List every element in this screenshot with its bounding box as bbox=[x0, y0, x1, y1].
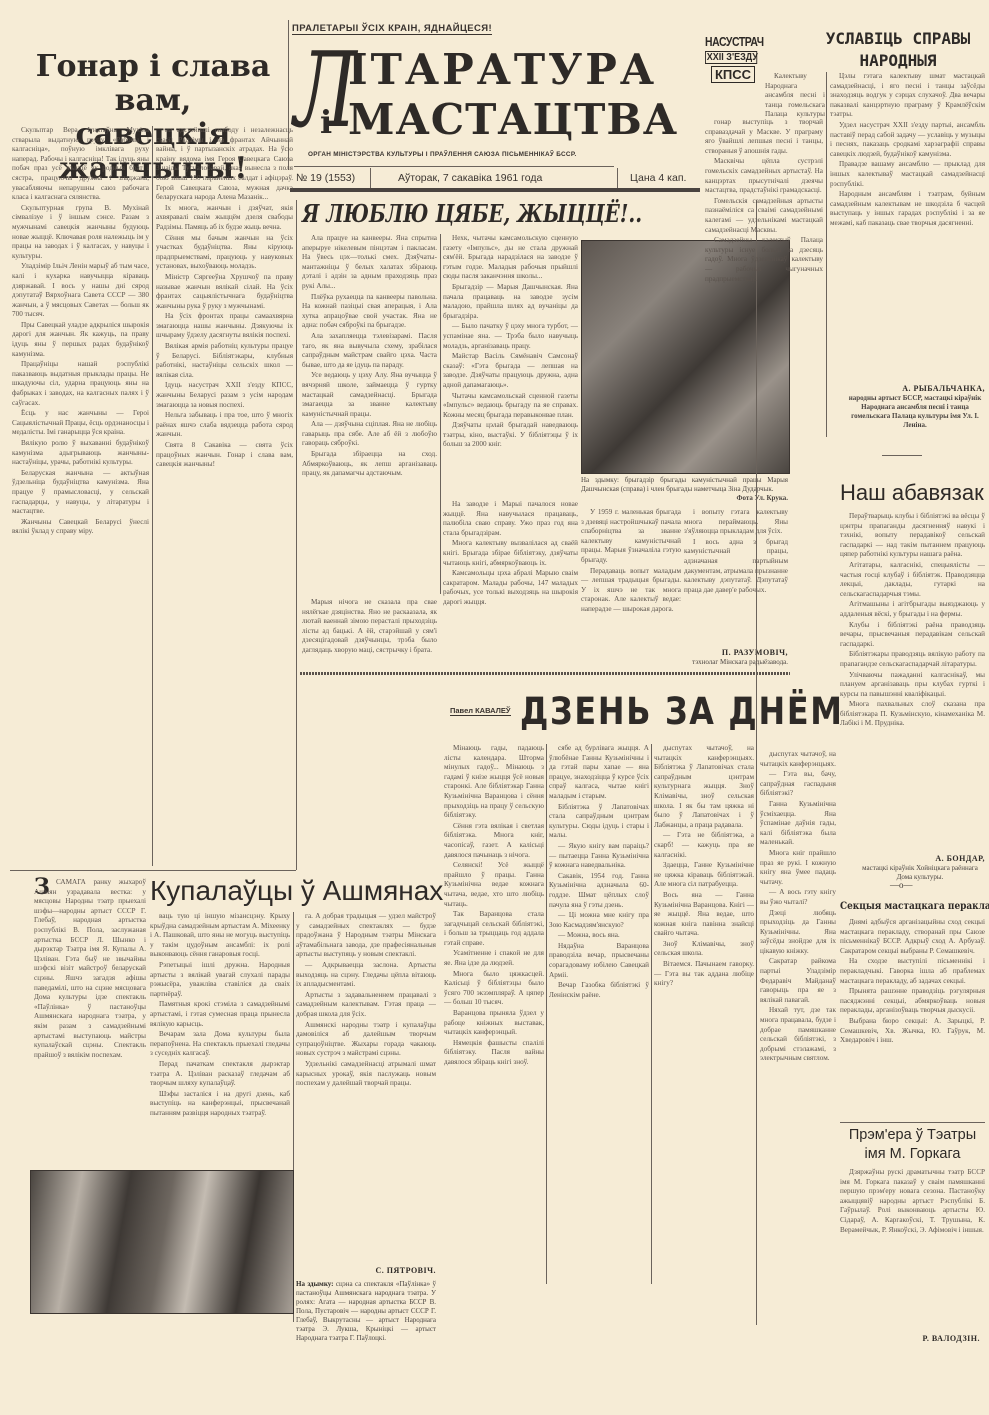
kupalaucy-photo-caption: На здымку: сцэна са спектакля «Паўлінка»… bbox=[296, 1280, 436, 1343]
ya-lyublyu-col5: На заводзе і Марыі пачалося новае жыццё.… bbox=[443, 500, 578, 668]
dzen-col1: Мінаюць гады, падаюць лісты календара. Ш… bbox=[444, 744, 544, 1284]
badge-nasustrach: НАСУСТРАЧ XXII З'ЕЗДУ КПСС bbox=[705, 34, 763, 84]
divider-ornament: —o— bbox=[890, 880, 913, 890]
ya-lyublyu-signature: П. РАЗУМОВІЧ, bbox=[684, 648, 788, 657]
abavyazak-signature: А. БОНДАР, bbox=[840, 854, 985, 863]
headline-sekcyya: Секцыя мастацкага перакладу bbox=[840, 900, 989, 912]
headline-uslavic: УСЛАВІЦЬ СПРАВЫ НАРОДНЫЯ bbox=[808, 28, 988, 72]
premyera-signature: Р. ВАЛОДЗІН. bbox=[840, 1334, 980, 1343]
abavyazak-text: Пераўтварыць клубы і бібліятэкі ва вёсцы… bbox=[840, 512, 985, 832]
dzen-col2: сябе ад бурлівага жыцця. А ўлюбёнае Ганн… bbox=[549, 744, 649, 1284]
kupalaucy-signature: С. ПЯТРОВІЧ. bbox=[296, 1266, 436, 1275]
headline-ya-lyublyu: Я ЛЮБЛЮ ЦЯБЕ, ЖЫЦЦЁ!.. bbox=[302, 198, 642, 230]
right-col-continuation: дыспутах чытачоў, на чытацкіх канферэнцы… bbox=[760, 750, 836, 1330]
masthead-title-line2: МАСТАЦТВА bbox=[348, 98, 678, 142]
uslavic-intro: Калектыву Народнага ансамбля песні і тан… bbox=[765, 72, 825, 120]
ya-lyublyu-signature-role: тэхнолаг Мінскага радыёзавода. bbox=[640, 658, 788, 667]
ya-lyublyu-col6: і вопыту гэтага калектыву многа пераймаю… bbox=[684, 508, 788, 648]
badge-line1: НАСУСТРАЧ bbox=[705, 34, 751, 49]
kupalaucy-col3: га. А добрая традыцыя — удзел майстроў у… bbox=[296, 912, 436, 1232]
uslavic-signature: А. РЫБАЛЬЧАНКА, bbox=[830, 384, 985, 393]
uslavic-signature-role: народны артыст БССР, мастацкі кіраўнік Н… bbox=[845, 394, 985, 430]
byline-kavalev: Павел КАВАЛЕЎ bbox=[450, 706, 511, 716]
issue-number: № 19 (1553) bbox=[296, 172, 355, 184]
premyera-text: Дзяржаўны рускі драматычны тэатр БССР ім… bbox=[840, 1168, 985, 1328]
issue-date: Аўторак, 7 сакавіка 1961 года bbox=[398, 172, 542, 184]
masthead-title-prefix: і bbox=[320, 104, 332, 140]
ya-lyublyu-col1: Ала працуе на канвееры. Яна спрытна апер… bbox=[302, 234, 437, 594]
headline-nash-abavyazak: Наш абавязак bbox=[840, 480, 984, 506]
headline-kupalaucy: Купалаўцы ў Ашмянах bbox=[150, 874, 443, 908]
badge-line3: КПСС bbox=[711, 66, 755, 83]
ya-lyublyu-col3: Марыя нічога не сказала пра свае нялёгка… bbox=[302, 598, 437, 668]
ya-lyublyu-col4: У 1959 г. маленькая брыгада з дзевяці на… bbox=[581, 508, 681, 668]
headline-dzen-za-dnem: ДЗЕНЬ ЗА ДНЁМ bbox=[520, 690, 844, 733]
dzen-col3: дыспутах чытачоў, на чытацкіх канферэнцы… bbox=[654, 744, 754, 1284]
headline-premyera: Прэм'ера ў Тэатры імя М. Горкага bbox=[840, 1126, 985, 1164]
kupalaucy-lead: САМАГА ранку жыхароў Ашмян узрадавала ве… bbox=[34, 878, 146, 1198]
masthead: ПРАЛЕТАРЫІ ЎСІХ КРАІН, ЯДНАЙЦЕСЯ! Л ІТАР… bbox=[288, 20, 601, 200]
issue-price: Цана 4 кап. bbox=[630, 172, 686, 184]
article-gonar-col1: Скульптар Вера Ігнатаўна Мухіна стварыла… bbox=[12, 126, 149, 866]
article-gonar-col2: на адстойвалі свабоду і незалежнасць сва… bbox=[156, 126, 293, 866]
uslavic-col2: Цэлы гэтага калектыву шмат мастацкай сам… bbox=[830, 72, 985, 382]
badge-line2: XXII З'ЕЗДУ bbox=[705, 51, 757, 64]
masthead-subtitle: ОРГАН МІНІСТЭРСТВА КУЛЬТУРЫ І ПРАЎЛЕННЯ … bbox=[308, 151, 618, 158]
abavyazak-signature-role: мастацкі кіраўнік Хойніцкага раённага До… bbox=[855, 864, 985, 882]
uslavic-col1: гонар выступіць з творчай справаздачай у… bbox=[705, 118, 823, 448]
sekcyya-text: Днямі адбыўся арганізацыйны сход секцыі … bbox=[840, 918, 985, 1118]
masthead-title-line1: ІТАРАТУРА bbox=[348, 48, 657, 92]
headline-gonar-line1: Гонар і слава вам, bbox=[12, 50, 294, 118]
photo-pavlinka-scene bbox=[30, 1170, 294, 1314]
